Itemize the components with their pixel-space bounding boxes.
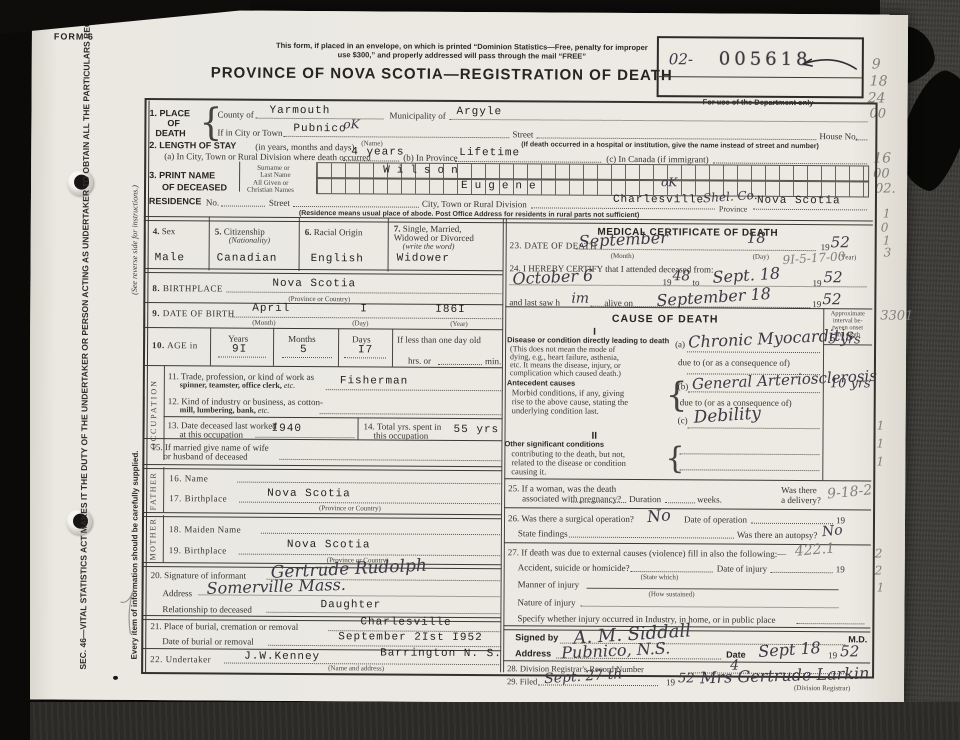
burial-date-value: September 2Ist I952 (338, 631, 482, 644)
margin-pencil-1a: 1 (883, 207, 891, 221)
death-registration-form-page: SEC. 46—VITAL STATISTICS ACT MAKES IT TH… (28, 9, 908, 704)
s27-accident-label: Accident, suicide or homicide? (518, 562, 630, 573)
undertaker-label: 22. Undertaker (150, 654, 211, 664)
antecedent-note-3: underlying condition last. (512, 405, 599, 416)
s13-value: I940 (272, 423, 302, 435)
signed-date-value: Sept 18 (758, 638, 822, 661)
s27-state-which-note: (State which) (641, 573, 679, 581)
father-birthplace-note: (Province or Country) (319, 504, 381, 512)
s25-delivery-label-1: Was there (781, 485, 817, 495)
street-label: Street (512, 129, 533, 139)
s27-manner-label: Manner of injury (518, 579, 580, 589)
age-label: 10. AGE in (152, 340, 198, 350)
mother-side-label: MOTHER (148, 518, 157, 561)
residence-street-label: Street (269, 198, 290, 208)
cause-b-interval: 10 yrs (830, 376, 871, 391)
marital-paren: (write the word) (403, 242, 455, 251)
s3-label-line1: 3. PRINT NAME (149, 170, 215, 180)
racial-origin-value: English (311, 253, 364, 265)
death-date-month-note: (Month) (611, 252, 634, 260)
marital-value: Widower (397, 253, 450, 265)
dob-day: I (360, 303, 368, 315)
citizenship-value: Canadian (217, 252, 278, 264)
s27-pencil-code: 422.1 (794, 541, 835, 560)
surname-value: Wilson (383, 164, 465, 176)
other-brace: { (665, 441, 684, 476)
handwritten-arrow-icon (797, 53, 859, 75)
sidebar-reverse-note: (See reverse side for instructions.) (130, 185, 140, 295)
sex-label: 4. Sex (153, 226, 176, 236)
scan-left-strip (0, 0, 30, 740)
dob-label: 9. DATE OF BIRTH (152, 308, 235, 319)
given-ok-annotation: oK (661, 175, 677, 189)
s3-label-line2: OF DECEASED (162, 182, 227, 192)
birthplace-value: Nova Scotia (272, 278, 356, 291)
sex-value: Male (155, 252, 185, 264)
form-title: PROVINCE OF NOVA SCOTIA—REGISTRATION OF … (152, 64, 732, 85)
margin-pencil-1e: 1 (876, 454, 884, 468)
age-days-value: I7 (358, 344, 373, 356)
undertaker-place: Barrington N. S. (380, 647, 502, 660)
s2b-value: Lifetime (459, 147, 520, 159)
s25-line1: 25. If a woman, was the death (508, 483, 616, 494)
s27-label: 27. If death was due to external causes … (508, 547, 786, 559)
s2c-label: (c) In Canada (if immigrant) (606, 154, 709, 165)
age-less-label: If less than one day old (397, 335, 481, 346)
burial-place-value: Charlesville (360, 616, 451, 629)
margin-pencil-1c: 1 (877, 418, 885, 432)
undertaker-note: (Name and address) (328, 664, 384, 672)
s2a-value: 4 years (351, 146, 404, 158)
age-min-label: min. (485, 356, 501, 366)
dob-year: I86I (435, 304, 465, 316)
s2a-label: (a) In City, Town or Rural Division wher… (164, 151, 371, 162)
due-to-1: due to (or as a consequence of) (678, 357, 790, 368)
form-number-label: FORM 6 (54, 31, 94, 41)
dob-month: April (252, 303, 290, 315)
s26-autopsy-label: Was there an autopsy? (737, 530, 818, 540)
city-ok-annotation: oK (343, 117, 359, 131)
s1-label-line3: DEATH (155, 128, 185, 138)
county-value: Yarmouth (269, 105, 330, 117)
s1-label-line2: OF (167, 118, 180, 128)
city-town-label: If in City or Town (217, 127, 282, 137)
margin-pencil-2a: 2 (875, 546, 883, 560)
mother-maiden-label: 18. Maiden Name (169, 524, 241, 534)
s25-duration-label: Duration (629, 494, 661, 504)
attended-from-year: 48 (672, 268, 690, 284)
sidebar-sec46-notice: SEC. 46—VITAL STATISTICS ACT MAKES IT TH… (78, 240, 91, 670)
residence-division-label: City, Town or Rural Division (422, 199, 527, 210)
dob-day-note: (Day) (352, 319, 368, 327)
last-alive-year: 52 (822, 290, 841, 308)
citizenship-paren: (Nationality) (229, 236, 270, 245)
age-years-label: Years (228, 334, 248, 344)
cause-c-value: Debility (693, 403, 761, 427)
registration-number-box: 02- 005618 (657, 36, 864, 98)
cause-a-no: (a) (675, 339, 685, 349)
mail-notice-line2: use $300,” and properly addressed will p… (202, 49, 722, 61)
other-note-3: causing it. (511, 466, 546, 476)
s2-paren: (in years, months and days) (255, 142, 354, 153)
father-side-label: FATHER (149, 472, 158, 511)
given-names-value: Eugene (461, 180, 543, 192)
birthplace-label: 8. BIRTHPLACE (152, 283, 223, 293)
s25-delivery-label-2: a delivery? (781, 495, 821, 505)
mother-birthplace-label: 19. Birthplace (169, 545, 227, 555)
s27-date-of-injury-label: Date of injury (717, 564, 768, 574)
registration-prefix: 02- (669, 50, 693, 68)
s26-autopsy-value: No (821, 522, 843, 540)
cause-b-no: (b) (678, 381, 689, 391)
residence-label: RESIDENCE (149, 196, 202, 206)
death-date-day-note: (Day) (753, 253, 769, 261)
margin-pencil-9: 9 (872, 56, 881, 72)
s26-findings-label: State findings (518, 528, 568, 538)
death-date-day: 18 (747, 229, 766, 247)
margin-pencil-1d: 1 (876, 436, 884, 450)
last-saw-him: im (571, 291, 589, 307)
cause-c-no: (c) (678, 415, 688, 425)
age-years-value: 9I (232, 344, 247, 356)
record-number-value: 4 (730, 658, 739, 674)
cause-a-interval: 5 yrs (828, 332, 861, 347)
signed-by-label: Signed by (515, 632, 558, 642)
physician-address-label: Address (515, 648, 551, 658)
father-birthplace-label: 17. Birthplace (169, 493, 227, 503)
surname-label-2: Last Name (260, 171, 291, 179)
pencil-tick-mark (116, 590, 138, 636)
racial-origin-label: 6. Racial Origin (305, 227, 363, 237)
margin-pencil-0a: 0 (881, 221, 889, 235)
s26-date-label: Date of operation (684, 514, 747, 524)
attended-to-year: 52 (823, 268, 842, 286)
margin-pencil-3301: 3301 (880, 309, 913, 324)
age-hrs-label: hrs. or (408, 356, 431, 366)
margin-pencil-2b: 2 (875, 563, 883, 577)
s1-brace: { (199, 101, 222, 144)
house-no-label: House No. (819, 131, 858, 141)
father-name-label: 16. Name (169, 473, 208, 483)
mother-birthplace-value: Nova Scotia (287, 539, 371, 552)
county-label: County of (217, 109, 253, 119)
margin-pencil-02: 02. (875, 181, 896, 196)
s27-how-sustained-note: (How sustained) (649, 590, 695, 598)
record-number-label: 28. Division Registrar's Record Number (507, 663, 644, 674)
age-months-value: 5 (300, 344, 308, 356)
residence-division-value: Charlesville (613, 194, 704, 207)
s27-yr: 19 (836, 564, 845, 574)
s2-label: 2. LENGTH OF STAY (149, 140, 236, 151)
age-days-label: Days (352, 334, 371, 344)
undertaker-name: J.W.Kenney (244, 651, 320, 663)
s1-label-line1: 1. PLACE (149, 108, 190, 118)
s14-value: 55 yrs (454, 424, 500, 436)
residence-province-label: Province (719, 205, 747, 214)
ink-speck (113, 676, 118, 680)
burial-place-label: 21. Place of burial, cremation or remova… (150, 621, 298, 632)
s26-operation-value: No (646, 505, 671, 526)
municipality-value: Argyle (456, 106, 502, 118)
antecedent-label: Antecedent causes (507, 378, 575, 387)
signed-yr: 19 (828, 650, 837, 660)
given-label-2: Christian Names (247, 186, 294, 194)
dob-year-note: (Year) (450, 320, 468, 328)
signed-year: 52 (840, 642, 859, 660)
scan-bottom-strip (28, 702, 960, 740)
margin-pencil-1f: 1 (877, 581, 885, 595)
father-birthplace-value: Nova Scotia (267, 488, 351, 501)
margin-pencil-18: 18 (870, 73, 888, 89)
margin-pencil-3: 3 (884, 246, 892, 260)
city-town-value: Pubnico (293, 123, 346, 135)
s26-label: 26. Was there a surgical operation? (508, 513, 634, 524)
s15-label2: or husband of deceased (163, 451, 247, 462)
s25-weeks-label: weeks. (697, 494, 722, 504)
s12-label2: mill, lumbering, bank, etc. (180, 405, 270, 415)
medical-certificate-title: MEDICAL CERTIFICATE OF DEATH (508, 226, 868, 239)
informant-relationship-value: Daughter (320, 599, 381, 611)
burial-date-label: Date of burial or removal (162, 636, 254, 647)
dob-month-note: (Month) (252, 319, 275, 327)
residence-no-label: No. (206, 197, 219, 207)
informant-address-label: Address (163, 588, 193, 598)
cause-of-death-title: CAUSE OF DEATH (520, 312, 810, 326)
disease-note-4: complication which caused death.) (510, 368, 621, 378)
s27-nature-label: Nature of injury (517, 597, 575, 607)
municipality-label: Municipality of (389, 111, 445, 121)
s11-label2: spinner, teamster, office clerk, etc. (180, 380, 295, 390)
occupation-value: Fisherman (340, 375, 408, 387)
age-months-label: Months (288, 334, 316, 344)
residence-province-value: Nova Scotia (757, 195, 841, 208)
s2b-label: (b) In Province (403, 153, 458, 163)
informant-relationship-label: Relationship to deceased (162, 604, 252, 615)
